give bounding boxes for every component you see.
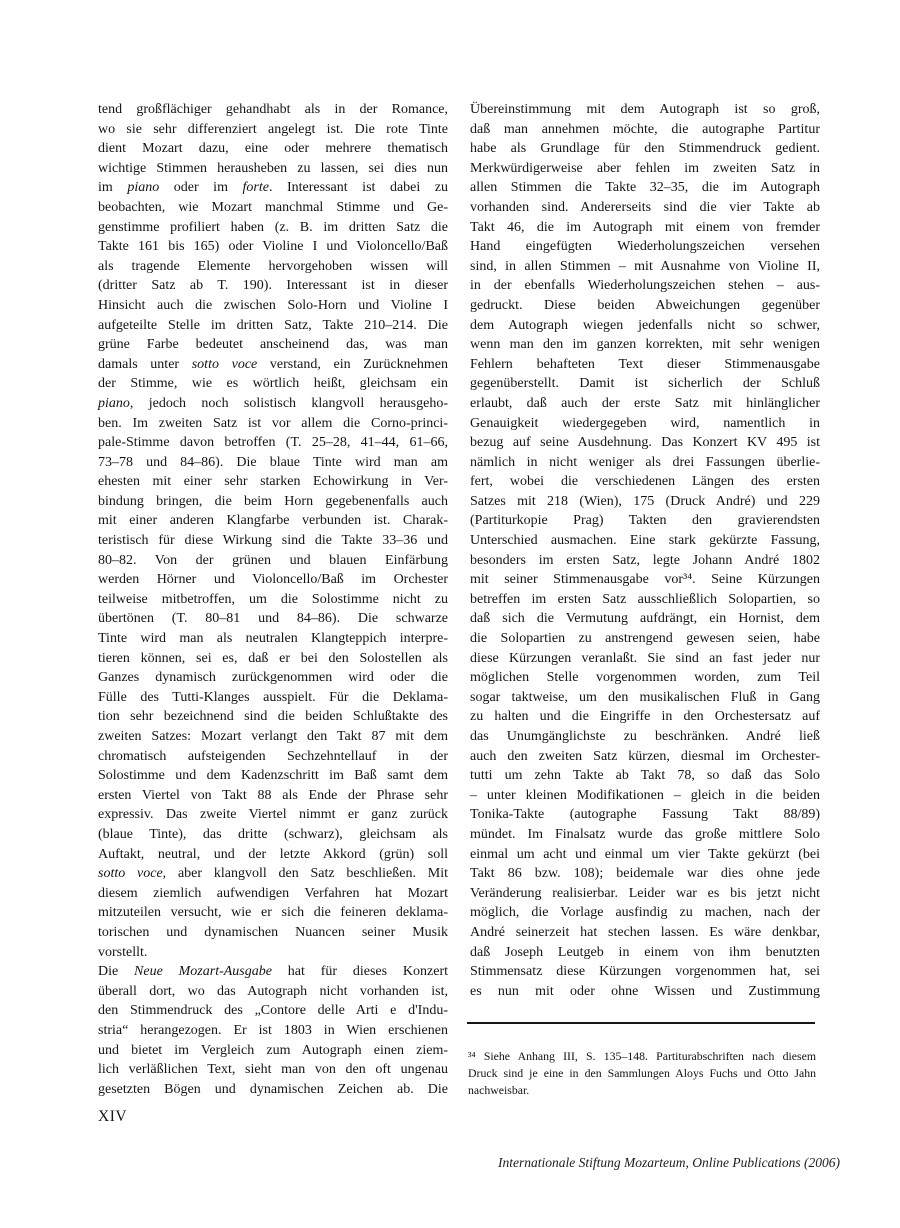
text-line: (Partiturkopie Prag) Takten den graviere… [470,511,820,531]
text-line: grüne Farbe bedeutet anscheinend das, wa… [98,335,448,355]
text-line: (blaue Tinte), das dritte (schwarz), gle… [98,825,448,845]
text-line: daß man annehmen möchte, die autographe … [470,120,820,140]
text-line: Takte 161 bis 165) oder Violine I und Vi… [98,237,448,257]
text-line: mitzuteilen versucht, wie er sich die fe… [98,903,448,923]
text-line: ³⁴ Siehe Anhang III, S. 135–148. Partitu… [468,1048,816,1065]
text-line: teristisch für diese Wirkung sind die Ta… [98,531,448,551]
text-line: aufgeteilte Stelle im dritten Satz, Takt… [98,316,448,336]
text-line: pale-Stimme davon betroffen (T. 25–28, 4… [98,433,448,453]
text-line: damals unter sotto voce verstand, ein Zu… [98,355,448,375]
text-line: – unter kleinen Modifikationen – gleich … [470,786,820,806]
footnote-rule [467,1022,815,1024]
text-line: stria“ herangezogen. Er ist 1803 in Wien… [98,1021,448,1041]
text-line: werden Hörner und Violoncello/Baß im Orc… [98,570,448,590]
text-line: Druck sind je eine in den Sammlungen Alo… [468,1065,816,1082]
text-line: Tonika-Takte (autographe Fassung Takt 88… [470,805,820,825]
text-line: Fülle des Tutti-Klanges ausspielt. Für d… [98,688,448,708]
text-line: wichtige Stimmen herausheben zu lassen, … [98,159,448,179]
text-line: (dritter Satz ab T. 190). Interessant is… [98,276,448,296]
text-line: tutti um zehn Takte ab Takt 78, so daß d… [470,766,820,786]
text-line: möglichen Stelle vorgenommen worden, zum… [470,668,820,688]
text-line: und bietet im Vergleich zum Autograph ei… [98,1041,448,1061]
text-line: es nun mit oder ohne Wissen und Zustimmu… [470,982,820,1002]
text-line: André seinerzeit hat stechen lassen. Es … [470,923,820,943]
text-line: wo sie sehr differenziert angelegt ist. … [98,120,448,140]
right-column: Übereinstimmung mit dem Autograph ist so… [470,100,820,1001]
text-line: dient Mozart dazu, eine oder mehrere the… [98,139,448,159]
text-line: fert, wobei die verschiedenen Längen des… [470,472,820,492]
text-line: daß Joseph Leutgeb in einem von ihm benu… [470,943,820,963]
text-line: ben. Im zweiten Satz ist vor allem die C… [98,414,448,434]
text-line: in der ebenfalls Wiederholungszeichen st… [470,276,820,296]
text-line: Unterschied ausmachen. Eine stark gekürz… [470,531,820,551]
text-line: diesem ziemlich aufwendigen Verfahren ha… [98,884,448,904]
text-line: beobachten, wie Mozart manchmal Stimme u… [98,198,448,218]
text-line: allen Stimmen die Takte 32–35, die im Au… [470,178,820,198]
text-line: besonders im ersten Satz, legte Johann A… [470,551,820,571]
text-line: ersten Viertel von Takt 88 als Ende der … [98,786,448,806]
text-line: Hinsicht auch die zwischen Solo-Horn und… [98,296,448,316]
text-line: zweiten Satzes: Mozart verlangt den Takt… [98,727,448,747]
text-line: überall dort, wo das Autograph nicht vor… [98,982,448,1002]
text-line: Auftakt, neutral, und der letzte Akkord … [98,845,448,865]
text-line: lich verläßlichen Text, sieht man von de… [98,1060,448,1080]
text-line: Veränderung realisierbar. Leider war es … [470,884,820,904]
text-line: das Unumgänglichste zu beschränken. Andr… [470,727,820,747]
text-line: bezug auf seine Ausdehnung. Das Konzert … [470,433,820,453]
text-line: wenn man den im ganzen korrekten, mit se… [470,335,820,355]
text-line: piano, jedoch noch solistisch klangvoll … [98,394,448,414]
text-line: dem Autograph wiegen jedenfalls nicht so… [470,316,820,336]
text-line: daß sich die Vermutung aufdrängt, ein Ho… [470,609,820,629]
text-line: betreffen im ersten Satz ausschließlich … [470,590,820,610]
text-line: mit seiner Stimmenausgabe vor³⁴. Seine K… [470,570,820,590]
text-line: Genauigkeit wiedergegeben wird, namentli… [470,414,820,434]
text-line: bindung bringen, die beim Horn gegebenen… [98,492,448,512]
text-line: im piano oder im forte. Interessant ist … [98,178,448,198]
text-line: Stimmensatz diese Kürzungen vorgenommen … [470,962,820,982]
text-line: chromatisch aufsteigenden Sechzehntellau… [98,747,448,767]
text-line: einmal um acht und einmal um vier Takte … [470,845,820,865]
text-line: mit einer anderen Klangfarbe verbunden i… [98,511,448,531]
text-line: gesetzten Bögen und dynamischen Zeichen … [98,1080,448,1100]
text-line: vorhanden sind. Andererseits sind die vi… [470,198,820,218]
text-line: ehesten mit einer sehr starken Echowirku… [98,472,448,492]
text-line: auch den zweiten Satz kürzen, diesmal im… [470,747,820,767]
text-line: diese Kürzungen veranlaßt. Sie sind an f… [470,649,820,669]
page-number: XIV [98,1108,127,1126]
text-line: den Stimmendruck des „Contore delle Arti… [98,1001,448,1021]
text-line: vorstellt. [98,943,448,963]
text-line: der Stimme, wie es wörtlich heißt, gleic… [98,374,448,394]
text-line: 80–82. Von der grünen und blauen Einfärb… [98,551,448,571]
footnote: ³⁴ Siehe Anhang III, S. 135–148. Partitu… [468,1048,816,1099]
text-line: sotto voce, aber klangvoll den Satz besc… [98,864,448,884]
text-line: Tinte wird man als neutralen Klangteppic… [98,629,448,649]
text-line: die Solopartien zu anstrengend gewesen s… [470,629,820,649]
text-line: Solostimme und dem Kadenzschritt im Baß … [98,766,448,786]
footer-credit: Internationale Stiftung Mozarteum, Onlin… [498,1155,840,1171]
text-line: tend großflächiger gehandhabt als in der… [98,100,448,120]
document-page: tend großflächiger gehandhabt als in der… [0,0,900,1228]
text-line: zu halten und die Eingriffe in den Orche… [470,707,820,727]
text-line: Satzes mit 218 (Wien), 175 (Druck André)… [470,492,820,512]
text-line: Hand eingefügten Wiederholungszeichen ve… [470,237,820,257]
text-line: als tragende Elemente hervorgehoben wiss… [98,257,448,277]
text-line: möglich, die Vorlage ausfindig zu machen… [470,903,820,923]
text-line: torischen und dynamischen Nuancen seiner… [98,923,448,943]
text-line: nämlich in nicht weniger als drei Fassun… [470,453,820,473]
text-line: tion sehr bezeichnend sind die beiden Sc… [98,707,448,727]
text-line: sogar taktweise, um den musikalischen Fl… [470,688,820,708]
text-line: genstimme profiliert haben (z. B. im dri… [98,218,448,238]
text-line: gegenüberstellt. Damit ist sicherlich de… [470,374,820,394]
text-line: habe als Grundlage für den Stimmendruck … [470,139,820,159]
text-line: Takt 86 bzw. 108); beidemale war dies oh… [470,864,820,884]
text-line: Merkwürdigerweise aber fehlen im zweiten… [470,159,820,179]
left-column: tend großflächiger gehandhabt als in der… [98,100,448,1099]
text-line: übertönen (T. 80–81 und 84–86). Die schw… [98,609,448,629]
text-line: mündet. Im Finalsatz wurde das große mit… [470,825,820,845]
text-line: Takt 46, die im Autograph mit einem von … [470,218,820,238]
text-line: sind, in allen Stimmen – mit Ausnahme vo… [470,257,820,277]
text-line: erlaubt, daß auch der erste Satz mit hin… [470,394,820,414]
text-line: tieren können, sei es, daß er bei den So… [98,649,448,669]
text-line: 73–78 und 84–86). Die blaue Tinte wird m… [98,453,448,473]
text-line: Fehlern behafteten Text dieser Stimmenau… [470,355,820,375]
text-line: Die Neue Mozart-Ausgabe hat für dieses K… [98,962,448,982]
text-line: gedruckt. Diese beiden Abweichungen gege… [470,296,820,316]
text-line: nachweisbar. [468,1082,816,1099]
text-line: teilweise mitbetroffen, um die Solostimm… [98,590,448,610]
text-line: Übereinstimmung mit dem Autograph ist so… [470,100,820,120]
text-line: expressiv. Das zweite Viertel nimmt er g… [98,805,448,825]
text-line: Ganzes dynamisch zurückgenommen wird ode… [98,668,448,688]
